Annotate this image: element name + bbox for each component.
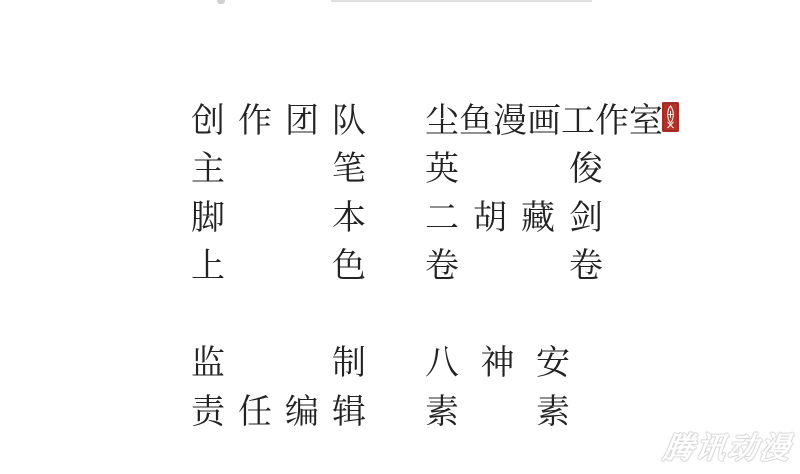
cropped-text-remnant [217,0,225,4]
role-value: 二胡藏剑 [425,190,603,239]
role-value: 素素 [425,384,570,433]
credit-char: 制 [332,335,366,384]
credit-char: 英 [425,141,459,190]
role-label: 责任编辑 [191,384,366,433]
credit-char: 素 [536,384,570,433]
credit-char: 作 [595,93,629,142]
credit-char: 漫 [493,93,527,142]
credit-char: 二 [425,190,459,239]
credits-row-script: 脚本 二胡藏剑 [191,190,679,239]
role-value: 八神安 [425,335,570,384]
credit-char: 素 [425,384,459,433]
credits-row-team: 创作团队 尘鱼漫画工作室 [191,93,679,142]
credit-char: 胡 [473,190,507,239]
role-label: 监制 [191,335,366,384]
credit-char: 辑 [332,384,366,433]
role-value: 卷卷 [425,238,603,287]
credit-char: 神 [481,335,515,384]
tencent-comics-watermark: 腾讯动漫 [661,423,795,467]
group-gap [191,287,679,336]
role-label: 脚本 [191,190,366,239]
credit-char: 尘 [425,93,459,142]
credit-char: 安 [536,335,570,384]
credit-char: 作 [238,93,272,142]
role-value: 尘鱼漫画工作室 [425,93,661,142]
credits-row-artist: 主笔 英俊 [191,142,679,191]
credit-char: 工 [561,93,595,142]
credits-row-colorist: 上色 卷卷 [191,239,679,288]
credit-char: 剑 [569,190,603,239]
credit-char: 任 [238,384,272,433]
credit-char: 八 [425,335,459,384]
credit-char: 卷 [425,238,459,287]
credit-char: 藏 [521,190,555,239]
credit-char: 卷 [569,238,603,287]
credits-block: 创作团队 尘鱼漫画工作室 主笔 英俊 脚本 二胡藏剑 上色 卷卷 监制 八神安 … [191,93,679,433]
credit-char: 队 [332,93,366,142]
credits-row-editor: 责任编辑 素素 [191,384,679,433]
credit-char: 监 [191,335,225,384]
credit-char: 团 [285,93,319,142]
credit-char: 责 [191,384,225,433]
credit-char: 俊 [569,141,603,190]
cropped-line-remnant [331,0,592,2]
role-label: 上色 [191,238,366,287]
credit-char: 画 [527,93,561,142]
credit-char: 笔 [332,141,366,190]
credit-char: 室 [629,93,663,142]
role-value: 英俊 [425,141,603,190]
credits-row-supervisor: 监制 八神安 [191,336,679,385]
role-label: 主笔 [191,141,366,190]
credit-char: 脚 [191,190,225,239]
credit-char: 上 [191,238,225,287]
credit-char: 主 [191,141,225,190]
credit-char: 编 [285,384,319,433]
credit-char: 创 [191,93,225,142]
credit-char: 本 [332,190,366,239]
role-label: 创作团队 [191,93,366,142]
studio-seal-icon [662,102,679,132]
credit-char: 鱼 [459,93,493,142]
credit-char: 色 [332,238,366,287]
